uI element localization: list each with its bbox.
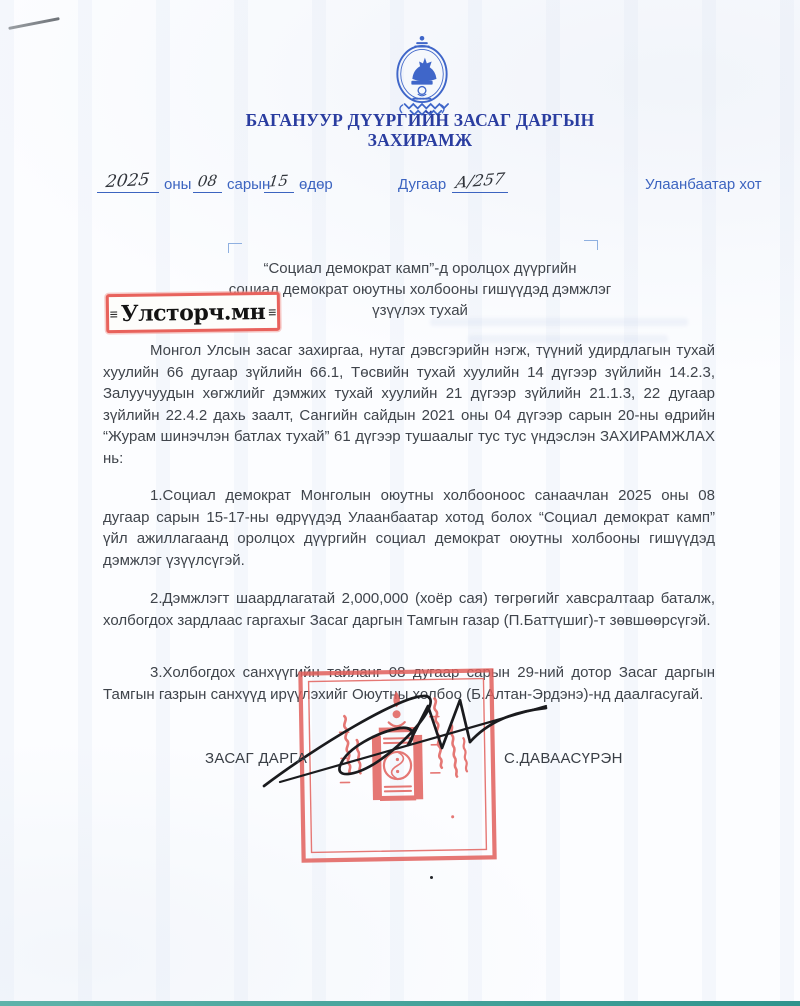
preamble-paragraph: Монгол Улсын засаг захиргаа, нутаг дэвсг… — [103, 340, 715, 469]
decree-body: Монгол Улсын засаг захиргаа, нутаг дэвсг… — [103, 340, 715, 721]
month-underline: 08 — [193, 170, 222, 193]
signatory-name: С.ДАВААСҮРЭН — [504, 750, 623, 767]
ink-dot — [430, 876, 433, 879]
subject-line1: “Социал демократ камп”-д оролцох дүүргий… — [140, 258, 700, 279]
clause-2-paragraph: 2.Дэмжлэгт шаардлагатай 2,000,000 (хоёр … — [103, 588, 715, 631]
scan-scratch-mark — [8, 17, 60, 30]
scanned-document-page: БАГАНУУР ДҮҮРГИЙН ЗАСАГ ДАРГЫН ЗАХИРАМЖ … — [0, 0, 800, 1006]
year-underline: 2025 — [97, 170, 159, 193]
handwritten-number: А/257 — [454, 168, 506, 193]
watermark-right-wing-icon: ≡ — [268, 303, 276, 319]
city-label: Улаанбаатар хот — [645, 176, 762, 193]
handwritten-year: 2025 — [105, 169, 151, 193]
day-label: өдөр — [299, 176, 333, 193]
scan-bottom-edge-bar — [0, 1001, 800, 1006]
handwritten-month: 08 — [197, 170, 219, 193]
crop-mark-left-icon — [228, 243, 242, 253]
watermark-text: Улсторч.мн — [121, 298, 266, 326]
signatory-title: ЗАСАГ ДАРГА — [205, 750, 307, 767]
ulstorch-watermark: ≡ Улсторч.мн ≡ — [106, 292, 281, 333]
day-underline: 15 — [264, 170, 294, 193]
year-label: оны — [164, 176, 191, 193]
handwritten-day: 15 — [268, 170, 290, 193]
crop-mark-right-icon — [584, 240, 598, 250]
government-emblem-icon — [393, 32, 451, 118]
org-title-line1: БАГАНУУР ДҮҮРГИЙН ЗАСАГ ДАРГЫН — [120, 110, 720, 130]
clause-1-paragraph: 1.Социал демократ Монголын оюутны холбоо… — [103, 485, 715, 571]
handwritten-signature — [256, 684, 552, 800]
number-underline: А/257 — [452, 170, 508, 193]
number-label: Дугаар — [398, 176, 446, 193]
org-title: БАГАНУУР ДҮҮРГИЙН ЗАСАГ ДАРГЫН ЗАХИРАМЖ — [120, 110, 720, 150]
org-title-line2: ЗАХИРАМЖ — [120, 130, 720, 150]
bleed-through-text — [430, 318, 688, 326]
watermark-left-wing-icon: ≡ — [110, 306, 118, 322]
